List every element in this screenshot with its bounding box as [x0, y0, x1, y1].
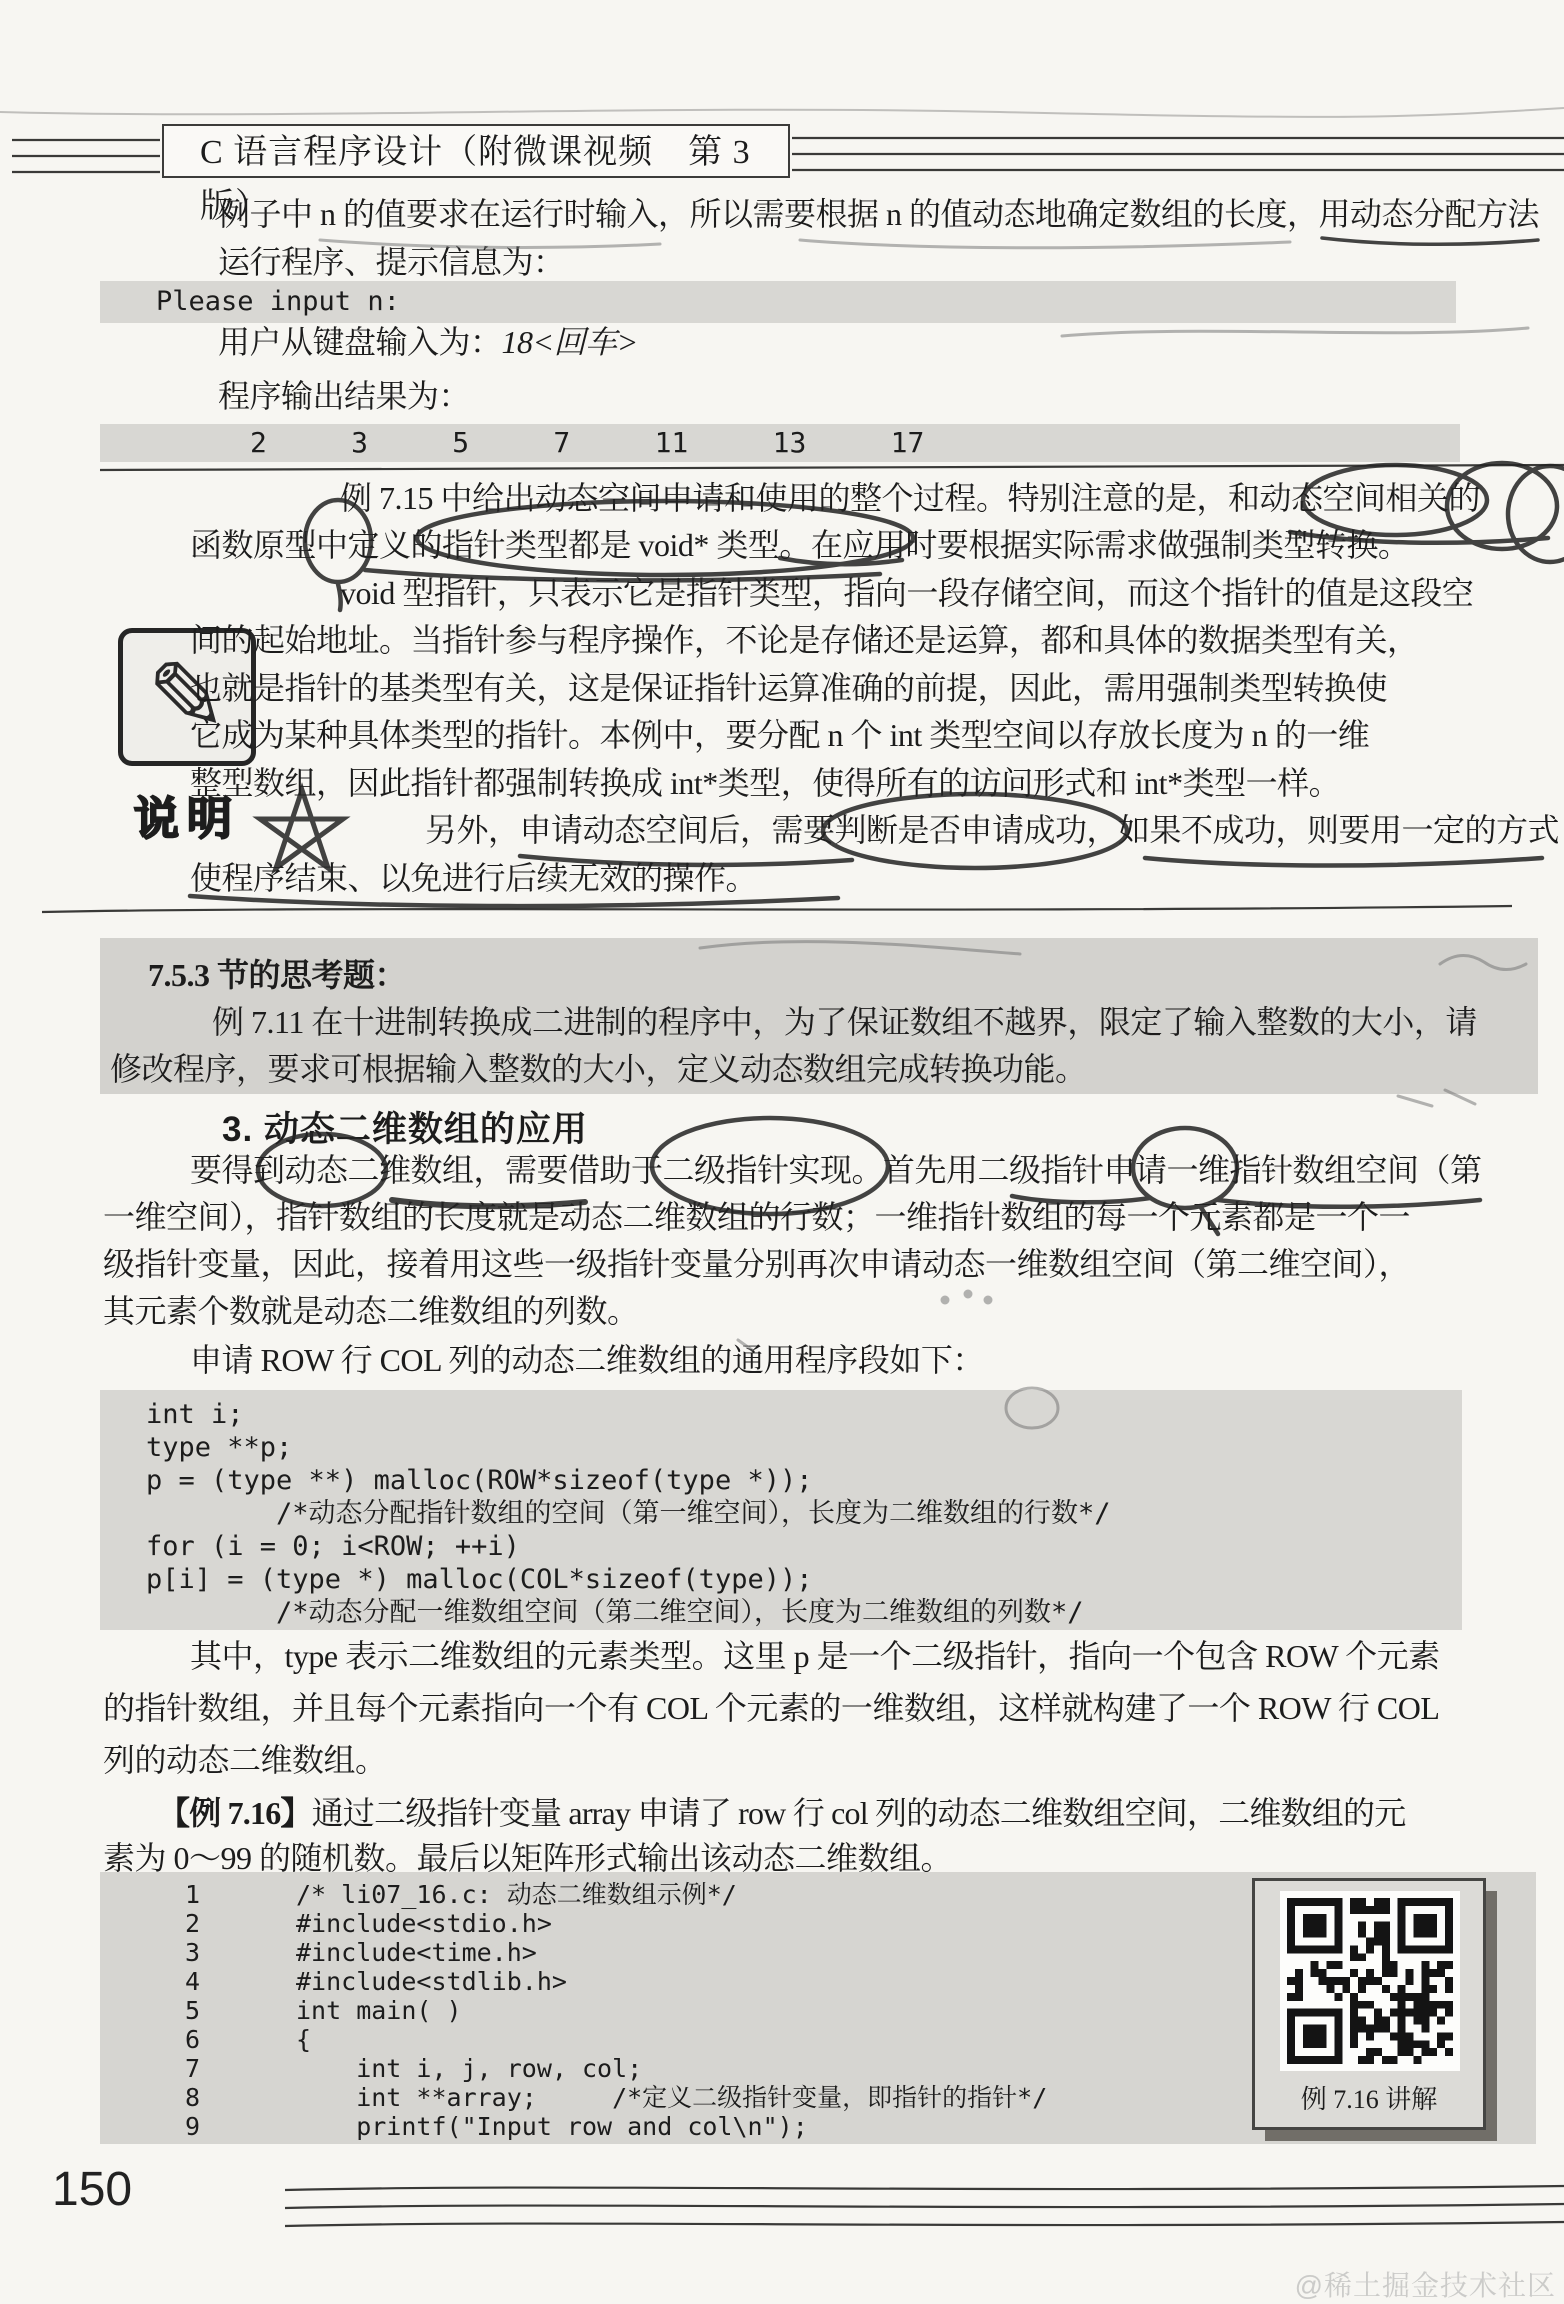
exercise-line: 修改程序，要求可根据输入整数的大小，定义动态数组完成转换功能。: [110, 1044, 1087, 1090]
qr-code: [1280, 1891, 1460, 2071]
text-line: 其元素个数就是动态二维数组的列数。: [103, 1291, 639, 1331]
line-code: #include<stdio.h>: [296, 1909, 552, 1938]
code-line: type **p;: [100, 1431, 1462, 1464]
qr-video-box: 例 7.16 讲解: [1252, 1878, 1486, 2130]
note-line: 它成为某种具体类型的指针。本例中，要分配 n 个 int 类型空间以存放长度为 …: [190, 715, 1369, 755]
line-number: 2: [100, 1909, 200, 1938]
line-number: 1: [100, 1880, 200, 1909]
note-line: void 型指针，只表示它是指针类型，指向一段存储空间，而这个指针的值是这段空: [340, 573, 1473, 613]
line-number: 3: [100, 1938, 200, 1967]
watermark: @稀土掘金技术社区: [1295, 2264, 1556, 2304]
page-number: 150: [52, 2162, 132, 2217]
page-header: C 语言程序设计（附微课视频 第 3 版）: [162, 124, 790, 178]
line-code: #include<stdlib.h>: [296, 1967, 567, 1996]
kb-label: 用户从键盘输入为：: [218, 324, 502, 360]
code-line: p[i] = (type *) malloc(COL*sizeof(type))…: [100, 1563, 1462, 1596]
console-text: Please input n:: [100, 281, 1456, 323]
text-line: 例子中 n 的值要求在运行时输入，所以需要根据 n 的值动态地确定数组的长度，用…: [218, 194, 1539, 234]
code-line: int i;: [100, 1398, 1462, 1431]
code-block: int i; type **p; p = (type **) malloc(RO…: [100, 1390, 1462, 1630]
line-code: #include<time.h>: [296, 1938, 537, 1967]
text-line: 申请 ROW 行 COL 列的动态二维数组的通用程序段如下：: [190, 1340, 984, 1380]
note-line: 整型数组，因此指针都强制转换成 int*类型，使得所有的访问形式和 int*类型…: [190, 763, 1340, 803]
example-text: 通过二级指针变量 array 申请了 row 行 col 列的动态二维数组空间，…: [312, 1795, 1406, 1831]
line-code: int main( ): [296, 1996, 462, 2025]
text-line: 程序输出结果为：: [218, 376, 470, 416]
text-line: 级指针变量，因此，接着用这些一级指针变量分别再次申请动态一维数组空间（第二维空间…: [103, 1244, 1410, 1284]
qr-code-svg: [1287, 1898, 1453, 2064]
section-heading: 3. 动态二维数组的应用: [222, 1102, 588, 1152]
console-output-band: 2 3 5 7 11 13 17: [100, 424, 1460, 462]
exercise-line: 例 7.11 在十进制转换成二进制的程序中，为了保证数组不越界，限定了输入整数的…: [212, 997, 1477, 1043]
line-code: /* li07_16.c: 动态二维数组示例*/: [296, 1880, 737, 1909]
keyboard-input-line: 用户从键盘输入为：18<回车>: [218, 322, 638, 362]
console-output-band: Please input n:: [100, 281, 1456, 323]
line-number: 7: [100, 2054, 200, 2083]
book-page: C 语言程序设计（附微课视频 第 3 版） 例子中 n 的值要求在运行时输入，所…: [0, 0, 1564, 2304]
text-line: 其中，type 表示二维数组的元素类型。这里 p 是一个二级指针，指向一个包含 …: [190, 1636, 1440, 1676]
line-code: {: [296, 2025, 311, 2054]
text-line: 一维空间），指针数组的长度就是动态二维数组的行数；一维指针数组的每一个元素都是一…: [103, 1197, 1410, 1237]
line-code: printf("Input row and col\n");: [296, 2112, 808, 2141]
note-line: 使程序结束、以免进行后续无效的操作。: [190, 858, 757, 898]
kb-value: 18<回车>: [502, 324, 638, 360]
text-line: 的指针数组，并且每个元素指向一个有 COL 个元素的一维数组，这样就构建了一个 …: [103, 1688, 1439, 1728]
code-line: /*动态分配指针数组的空间（第一维空间），长度为二维数组的行数*/: [100, 1497, 1462, 1530]
code-line: /*动态分配一维数组空间（第二维空间），长度为二维数组的列数*/: [100, 1596, 1462, 1629]
console-numbers: 2 3 5 7 11 13 17: [100, 424, 1460, 462]
qr-caption: 例 7.16 讲解: [1255, 2079, 1483, 2116]
code-line: for (i = 0; i<ROW; ++i): [100, 1530, 1462, 1563]
example-line: 【例 7.16】通过二级指针变量 array 申请了 row 行 col 列的动…: [158, 1793, 1405, 1833]
line-code: int i, j, row, col;: [296, 2054, 642, 2083]
note-line: 也就是指针的基类型有关，这是保证指针运算准确的前提，因此，需用强制类型转换使: [190, 668, 1387, 708]
exercise-title: 7.5.3 节的思考题：: [148, 950, 406, 996]
exercise-box: 7.5.3 节的思考题： 例 7.11 在十进制转换成二进制的程序中，为了保证数…: [100, 938, 1538, 1094]
line-number: 5: [100, 1996, 200, 2025]
text-line: 列的动态二维数组。: [103, 1740, 387, 1780]
line-number: 6: [100, 2025, 200, 2054]
note-line: 函数原型中定义的指针类型都是 void* 类型。在应用时要根据实际需求做强制类型…: [190, 525, 1409, 565]
text-line: 要得到动态二维数组，需要借助于二级指针实现。首先用二级指针申请一维指针数组空间（…: [190, 1150, 1482, 1190]
note-line: 例 7.15 中给出动态空间申请和使用的整个过程。特别注意的是，和动态空间相关的: [340, 478, 1480, 518]
line-number: 4: [100, 1967, 200, 1996]
text-line: 运行程序、提示信息为：: [218, 242, 565, 282]
note-line: 另外，申请动态空间后，需要判断是否申请成功，如果不成功，则要用一定的方式: [425, 810, 1559, 850]
note-line: 间的起始地址。当指针参与程序操作，不论是存储还是运算，都和具体的数据类型有关，: [190, 620, 1419, 660]
line-code: int **array; /*定义二级指针变量，即指针的指针*/: [296, 2083, 1047, 2112]
example-label: 【例 7.16】: [158, 1795, 312, 1831]
line-number: 8: [100, 2083, 200, 2112]
line-number: 9: [100, 2112, 200, 2141]
code-line: p = (type **) malloc(ROW*sizeof(type *))…: [100, 1464, 1462, 1497]
